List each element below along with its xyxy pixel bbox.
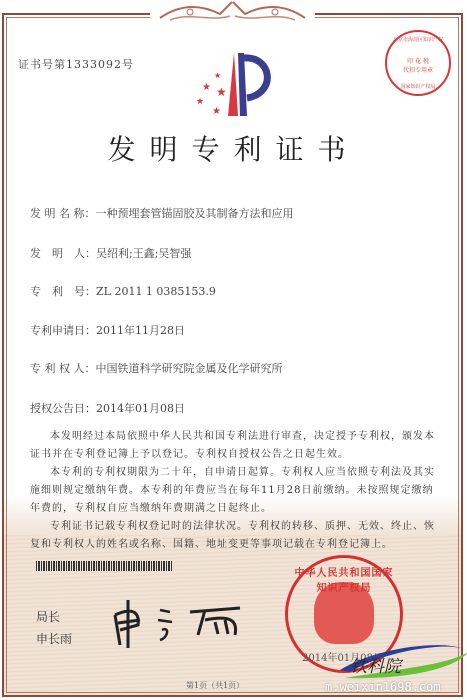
watermark-site: m.weixin1698.com [325, 680, 441, 694]
page-indicator: 第1页（共1页） [186, 680, 244, 691]
seal-bottom-text: 国家知识产权局 [387, 83, 449, 90]
svg-text:★: ★ [216, 85, 227, 99]
field-application-date: 专利申请日：2011年11月28日 [30, 322, 185, 338]
svg-text:★: ★ [214, 71, 221, 80]
field-patentee: 专 利 权 人：中国铁道科学研究院金属及化学研究所 [30, 360, 283, 376]
field-value: 中国铁道科学研究院金属及化学研究所 [96, 362, 283, 375]
svg-text:★: ★ [196, 97, 204, 107]
svg-text:★: ★ [212, 106, 221, 117]
director-name: 申长雨 [36, 630, 72, 647]
seal-ring-text: 中华人民共和国国家知识产权局 [294, 564, 394, 594]
seal-ring-text: 北京市海淀区知识产权 [387, 36, 449, 43]
paragraph-term: 本专利的专利权期限为二十年，自申请日起算。专利权人应当依照专利法及其实施细则规定… [30, 464, 438, 518]
paragraph-legal-status: 专利证书记载专利权登记时的法律状况。专利权的转移、质押、无效、终止、恢复和专利权… [30, 518, 438, 554]
field-grant-date: 授权公告日：2014年01月08日 [30, 400, 185, 416]
field-label: 专利申请日： [30, 322, 96, 338]
top-ornament-icon [150, 0, 315, 26]
field-value: 2014年01月08日 [96, 402, 185, 415]
field-value: 一种预埋套管锚固胶及其制备方法和应用 [96, 207, 294, 220]
seal-middle-line2: 代扣专用章 [387, 65, 449, 74]
certificate-title: 发明专利证书 [0, 128, 467, 168]
seal-middle-line1: 印 花 税 [387, 56, 449, 65]
field-invention-name: 发 明 名 称：一种预埋套管锚固胶及其制备方法和应用 [30, 205, 294, 221]
watermark-logo-text: 铁科院 [350, 652, 401, 677]
field-value: 吴绍利;王鑫;吴智强 [96, 247, 191, 260]
field-inventors: 发 明 人：吴绍利;王鑫;吴智强 [30, 245, 191, 261]
stamp-duty-seal: 北京市海淀区知识产权 印 花 税 代扣专用章 国家知识产权局 [385, 30, 451, 96]
certificate-body-text: 本发明经过本局依照中华人民共和国专利法进行审查，决定授予专利权，颁发本证书并在专… [30, 428, 438, 554]
cnipa-logo-icon: ★ ★ ★ ★ ★ [192, 48, 282, 118]
field-label: 发 明 名 称： [30, 205, 96, 221]
paragraph-grant: 本发明经过本局依照中华人民共和国专利法进行审查，决定授予专利权，颁发本证书并在专… [30, 428, 438, 464]
barcode [36, 561, 172, 571]
field-label: 发 明 人： [30, 245, 96, 261]
director-signature [110, 590, 250, 650]
certificate-number: 证书号第1333092号 [18, 56, 134, 72]
field-patent-number: 专 利 号：ZL 2011 1 0385153.9 [30, 283, 216, 299]
field-label: 授权公告日： [30, 400, 96, 416]
field-label: 专 利 号： [30, 283, 96, 299]
svg-text:★: ★ [202, 82, 211, 93]
field-value: 2011年11月28日 [96, 324, 185, 337]
field-value: ZL 2011 1 0385153.9 [96, 285, 216, 298]
field-label: 专 利 权 人： [30, 360, 96, 376]
director-title: 局长 [36, 608, 60, 625]
